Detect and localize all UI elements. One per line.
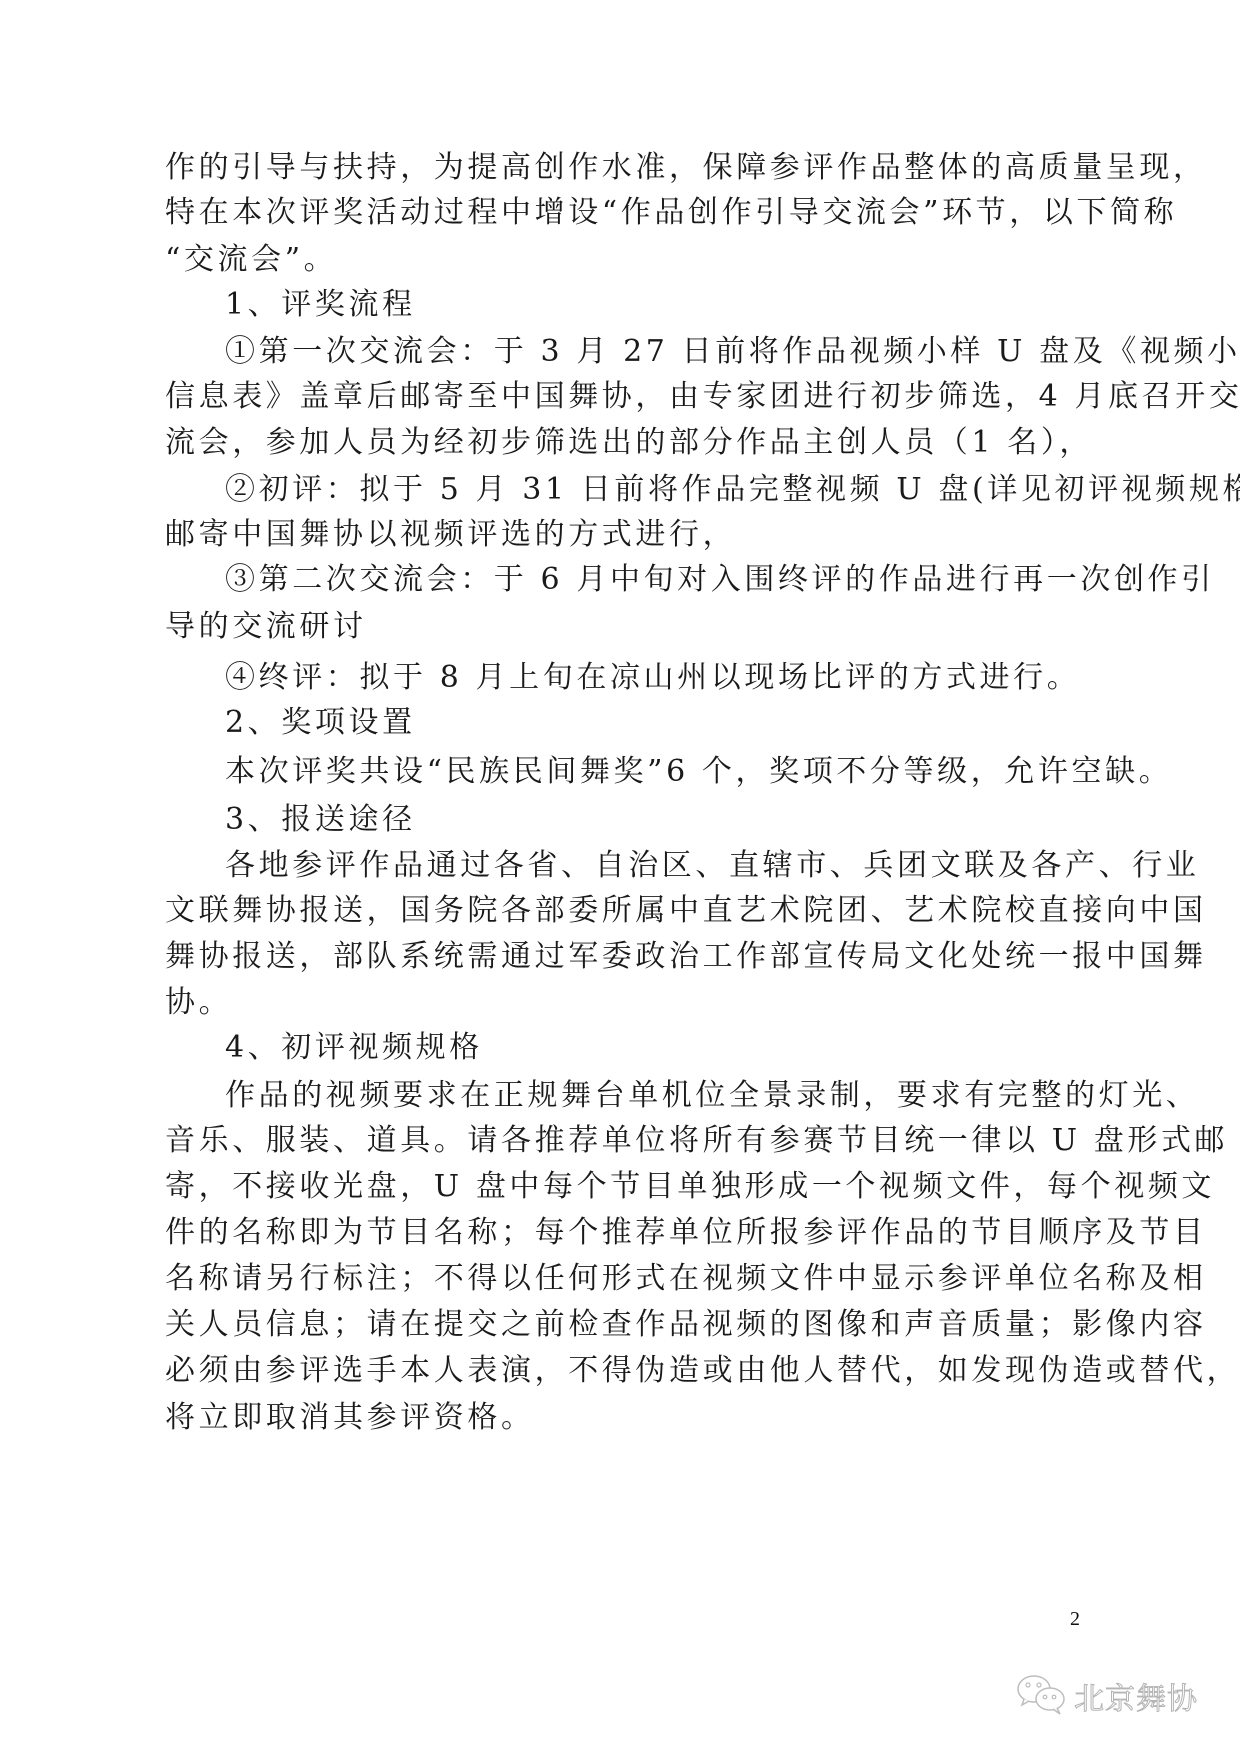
text-line: 流会，参加人员为经初步筛选出的部分作品主创人员（1 名）， [165,423,1080,463]
text-line: 各地参评作品通过各省、自治区、直辖市、兵团文联及各产、行业 [225,846,1080,886]
text-line: 本次评奖共设“民族民间舞奖”6 个，奖项不分等级，允许空缺。 [225,752,1140,792]
text-line: 2、奖项设置 [225,703,1140,743]
wechat-icon [1016,1672,1068,1720]
page-number: 2 [1070,1608,1080,1631]
text-line: 3、报送途径 [225,800,1140,840]
watermark-text: 北京舞协 [1074,1674,1198,1718]
wechat-watermark: 北京舞协 [1016,1672,1198,1720]
text-line: 1、评奖流程 [225,285,1140,325]
text-line: 导的交流研讨 [165,607,1080,647]
document-page: 作的引导与扶持，为提高创作水准，保障参评作品整体的高质量呈现，特在本次评奖活动过… [0,0,1240,1754]
text-line: 寄，不接收光盘，U 盘中每个节目单独形成一个视频文件，每个视频文 [165,1167,1080,1207]
text-line: 舞协报送，部队系统需通过军委政治工作部宣传局文化处统一报中国舞 [165,937,1080,977]
text-line: 件的名称即为节目名称；每个推荐单位所报参评作品的节目顺序及节目 [165,1213,1080,1253]
text-line: 名称请另行标注；不得以任何形式在视频文件中显示参评单位名称及相 [165,1259,1080,1299]
text-line: ③第二次交流会：于 6 月中旬对入围终评的作品进行再一次创作引 [225,560,1080,600]
text-line: 信息表》盖章后邮寄至中国舞协，由专家团进行初步筛选，4 月底召开交 [165,377,1080,417]
text-line: 4、初评视频规格 [225,1028,1140,1068]
text-line: 必须由参评选手本人表演，不得伪造或由他人替代，如发现伪造或替代， [165,1351,1080,1391]
text-line: 作品的视频要求在正规舞台单机位全景录制，要求有完整的灯光、 [225,1076,1080,1116]
text-line: 文联舞协报送，国务院各部委所属中直艺术院团、艺术院校直接向中国 [165,891,1080,931]
text-line: 协。 [165,983,1080,1023]
text-line: 特在本次评奖活动过程中增设“作品创作引导交流会”环节，以下简称 [165,193,1080,233]
text-line: 音乐、服装、道具。请各推荐单位将所有参赛节目统一律以 U 盘形式邮 [165,1121,1080,1161]
text-line: ④终评：拟于 8 月上旬在凉山州以现场比评的方式进行。 [225,658,1140,698]
text-line: ①第一次交流会：于 3 月 27 日前将作品视频小样 U 盘及《视频小样 [225,332,1080,372]
text-line: 将立即取消其参评资格。 [165,1398,1080,1438]
text-line: “交流会”。 [165,240,1080,280]
text-line: ②初评：拟于 5 月 31 日前将作品完整视频 U 盘(详见初评视频规格) [225,470,1080,510]
text-line: 作的引导与扶持，为提高创作水准，保障参评作品整体的高质量呈现， [165,148,1080,188]
text-line: 邮寄中国舞协以视频评选的方式进行， [165,515,1080,555]
text-line: 关人员信息；请在提交之前检查作品视频的图像和声音质量；影像内容 [165,1305,1080,1345]
